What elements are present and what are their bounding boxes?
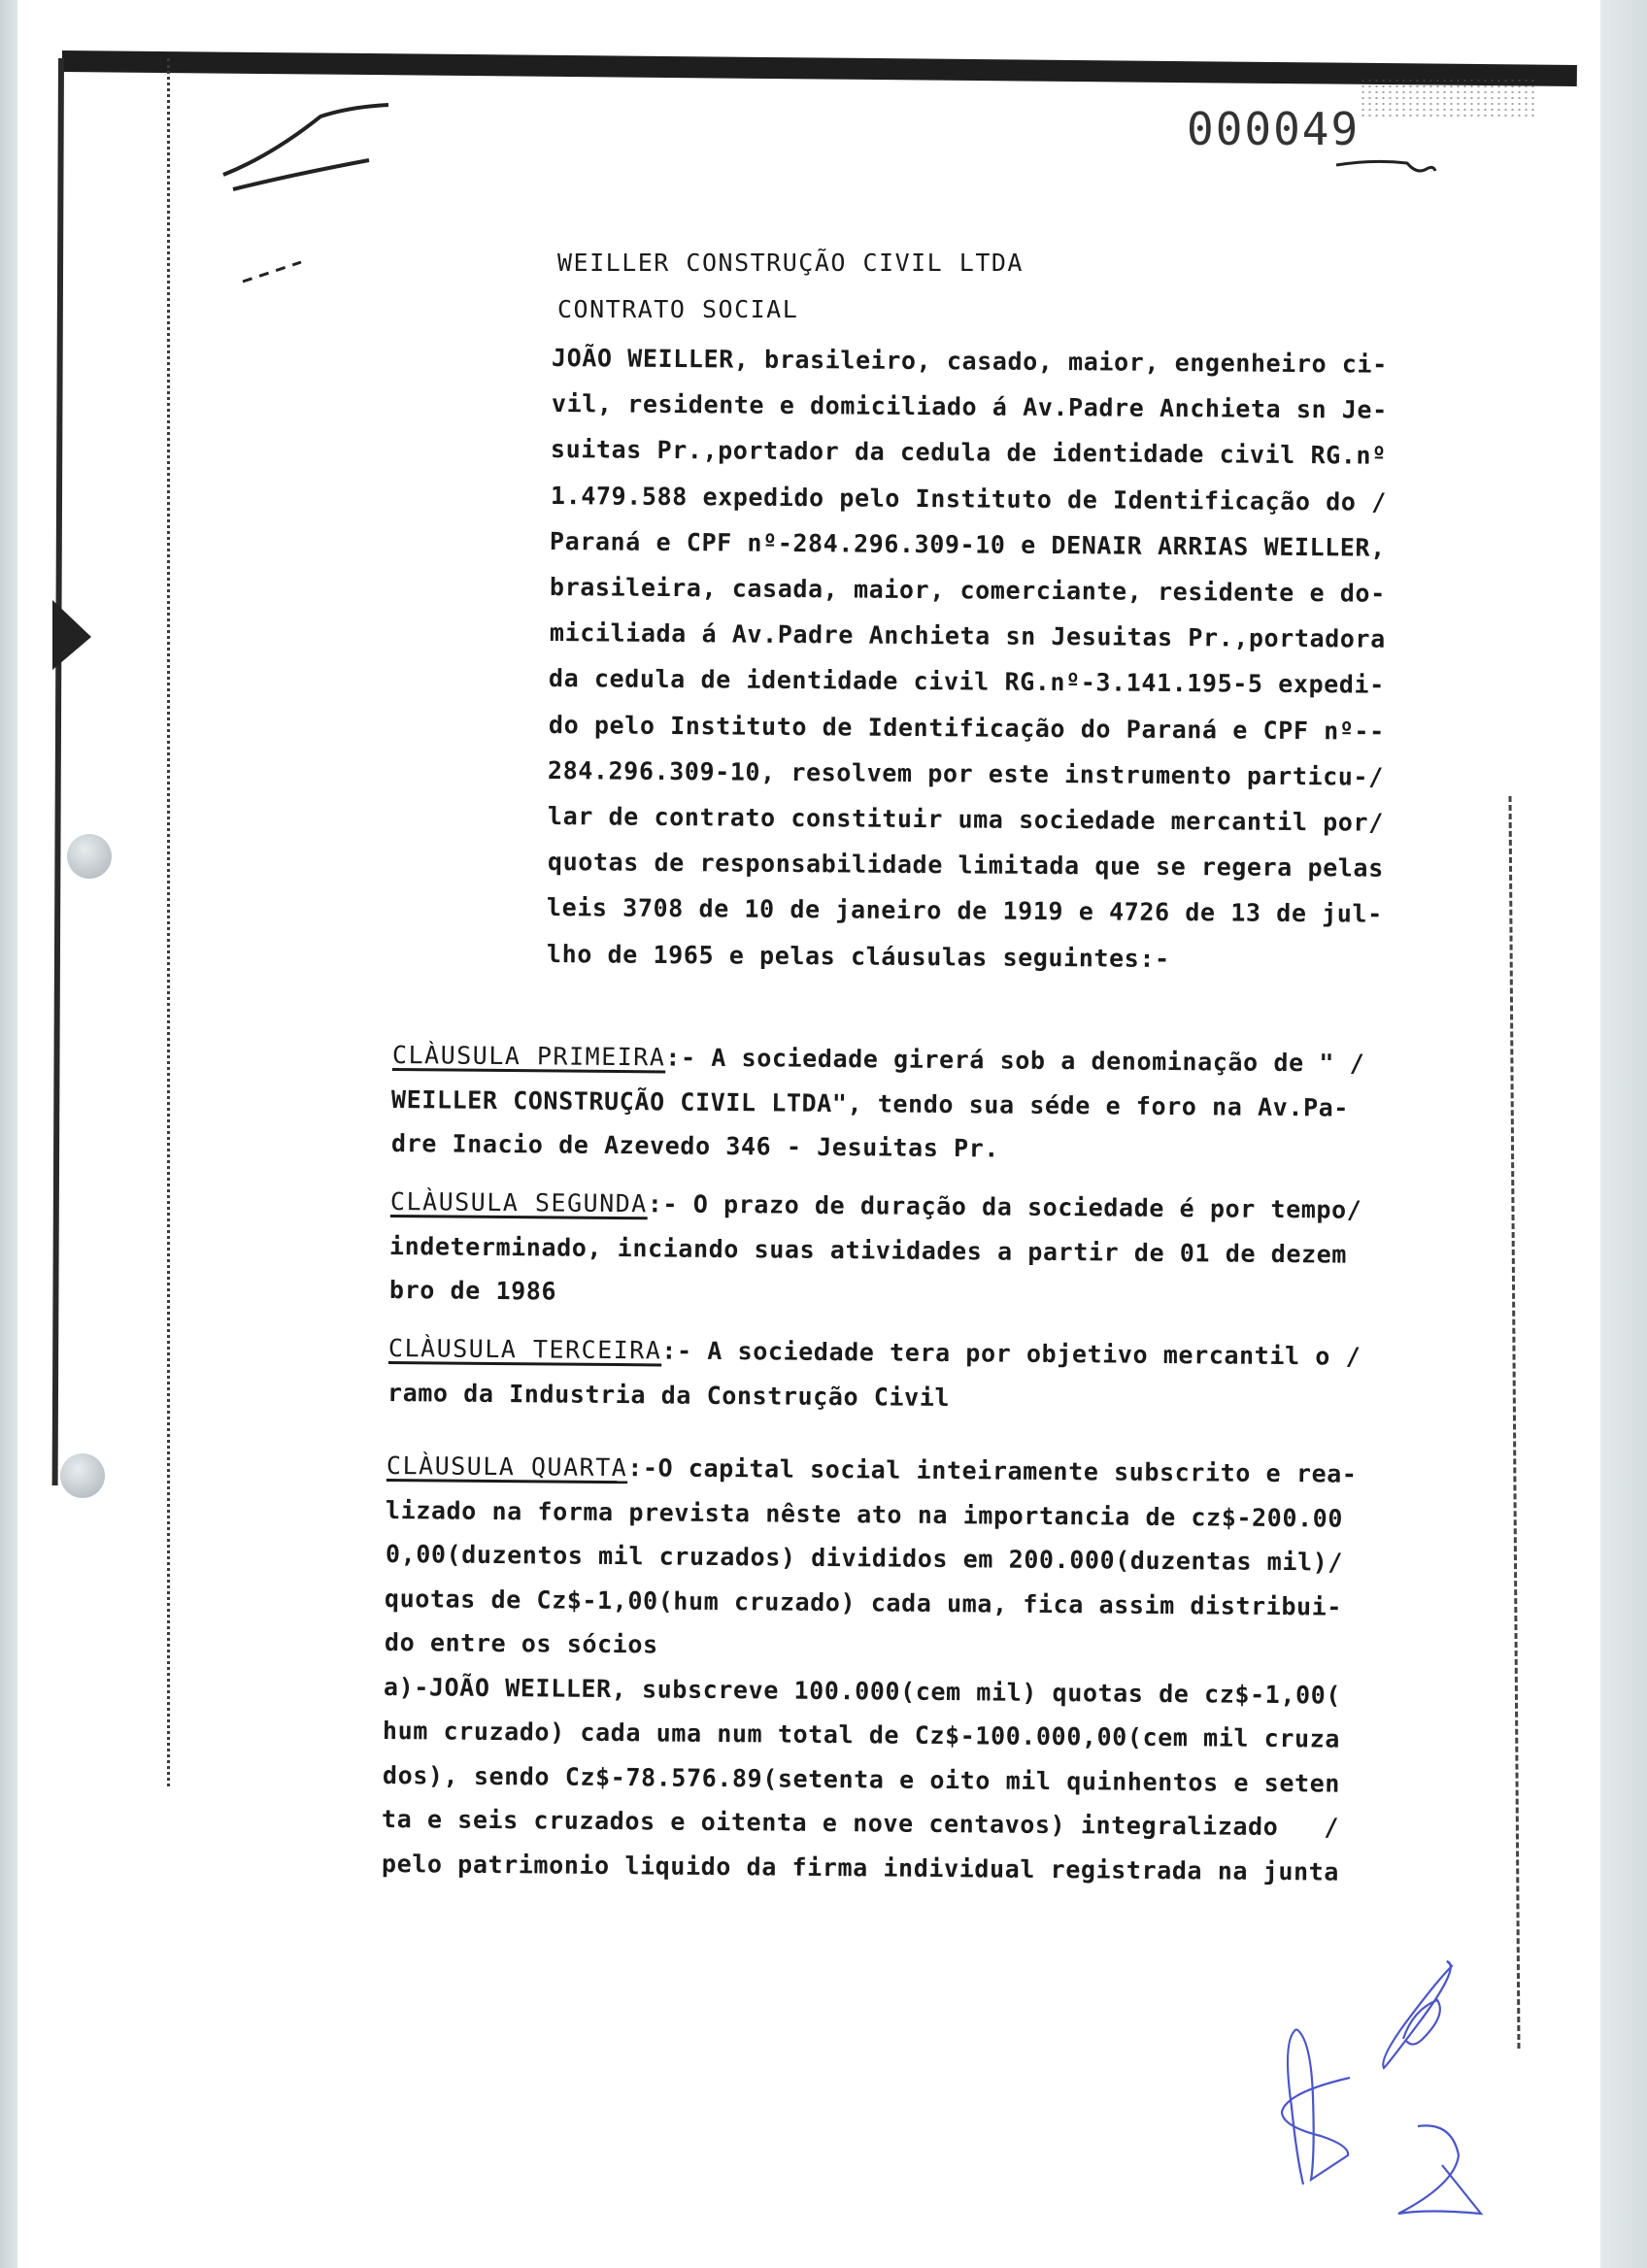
clause-line: do entre os sócios xyxy=(384,1630,657,1656)
preamble-line: vil, residente e domiciliado á Av.Padre … xyxy=(551,391,1387,422)
signature-1 xyxy=(1282,2029,1350,2185)
page-left-border xyxy=(52,58,64,1485)
preamble-line: do pelo Instituto de Identificação do Pa… xyxy=(549,713,1385,744)
scanner-edge-right xyxy=(1600,0,1647,2268)
scan-noise xyxy=(1360,78,1534,117)
clause-line: WEILLER CONSTRUÇÃO CIVIL LTDA", tendo su… xyxy=(391,1087,1349,1120)
signatures xyxy=(1243,1932,1496,2223)
clause-line: indeterminado, inciando suas atividades … xyxy=(389,1234,1347,1267)
preamble-line: lar de contrato constituir uma sociedade… xyxy=(548,804,1384,835)
clause-first-line: CLÀUSULA QUARTA:-O capital social inteir… xyxy=(387,1453,1358,1486)
preamble-line: JOÃO WEILLER, brasileiro, casado, maior,… xyxy=(552,346,1388,377)
page-right-border xyxy=(1508,796,1520,2049)
clause-line: lizado na forma prevista nêste ato na im… xyxy=(386,1498,1343,1531)
stamp-underline-mark xyxy=(1334,155,1441,179)
clause-heading: CLÀUSULA QUARTA xyxy=(387,1451,628,1482)
signature-2 xyxy=(1383,1961,1452,2068)
clause-first-line: CLÀUSULA PRIMEIRA:- A sociedade girerá s… xyxy=(392,1043,1365,1076)
preamble-line: suitas Pr.,portador da cedula de identid… xyxy=(551,437,1387,468)
preamble-line: 1.479.588 expedido pelo Instituto de Ide… xyxy=(551,484,1387,515)
preamble-line: miciliada á Av.Padre Anchieta sn Jesuita… xyxy=(549,620,1385,651)
clause-line: dre Inacio de Azevedo 346 - Jesuitas Pr. xyxy=(391,1131,999,1160)
clause-text: :- A sociedade tera por objetivo mercant… xyxy=(661,1336,1361,1370)
clause-heading: CLÀUSULA SEGUNDA xyxy=(390,1187,648,1217)
page-number-stamp: 000049 xyxy=(1187,103,1360,155)
clause-line: quotas de Cz$-1,00(hum cruzado) cada uma… xyxy=(385,1586,1342,1619)
margin-scribble-mark xyxy=(165,58,418,301)
preamble-line: 284.296.309-10, resolvem por este instru… xyxy=(548,758,1384,789)
clause-first-line: CLÀUSULA TERCEIRA:- A sociedade tera por… xyxy=(388,1336,1361,1369)
clause-line: a)-JOÃO WEILLER, subscreve 100.000(cem m… xyxy=(384,1675,1341,1708)
clause-line: hum cruzado) cada uma num total de Cz$-1… xyxy=(383,1718,1340,1751)
clause-line: ta e seis cruzados e oitenta e nove cent… xyxy=(382,1807,1339,1840)
preamble-line: Paraná e CPF nº-284.296.309-10 e DENAIR … xyxy=(550,529,1386,560)
signature-3 xyxy=(1398,2125,1481,2214)
scanner-edge-left xyxy=(0,0,17,2268)
clause-heading: CLÀUSULA TERCEIRA xyxy=(388,1334,662,1364)
preamble-line: da cedula de identidade civil RG.nº-3.14… xyxy=(549,666,1385,697)
margin-dotted-line xyxy=(167,58,170,1786)
binder-hole xyxy=(60,1453,105,1498)
clause-line: bro de 1986 xyxy=(389,1278,556,1304)
clause-text: :-O capital social inteiramente subscrit… xyxy=(627,1453,1357,1488)
binder-hole xyxy=(67,834,112,879)
preamble-line: brasileira, casada, maior, comerciante, … xyxy=(550,575,1386,606)
clause-line: dos), sendo Cz$-78.576.89(setenta e oito… xyxy=(383,1763,1340,1796)
preamble-line: leis 3708 de 10 de janeiro de 1919 e 472… xyxy=(547,895,1383,926)
preamble-line: quotas de responsabilidade limitada que … xyxy=(547,850,1383,881)
ink-blot xyxy=(52,600,91,670)
clause-line: ramo da Industria da Construção Civil xyxy=(387,1381,950,1410)
clause-text: :- O prazo de duração da sociedade é por… xyxy=(648,1189,1362,1223)
preamble-line: lho de 1965 e pelas cláusulas seguintes:… xyxy=(547,942,1170,971)
clause-first-line: CLÀUSULA SEGUNDA:- O prazo de duração da… xyxy=(390,1189,1362,1222)
company-name-heading: WEILLER CONSTRUÇÃO CIVIL LTDA xyxy=(557,250,1024,275)
clause-text: :- A sociedade girerá sob a denominação … xyxy=(665,1043,1364,1077)
clause-line: 0,00(duzentos mil cruzados) divididos em… xyxy=(386,1542,1343,1575)
clause-line: pelo patrimonio liquido da firma individ… xyxy=(381,1851,1338,1884)
document-title: CONTRATO SOCIAL xyxy=(557,297,798,321)
clause-heading: CLÀUSULA PRIMEIRA xyxy=(392,1041,666,1071)
